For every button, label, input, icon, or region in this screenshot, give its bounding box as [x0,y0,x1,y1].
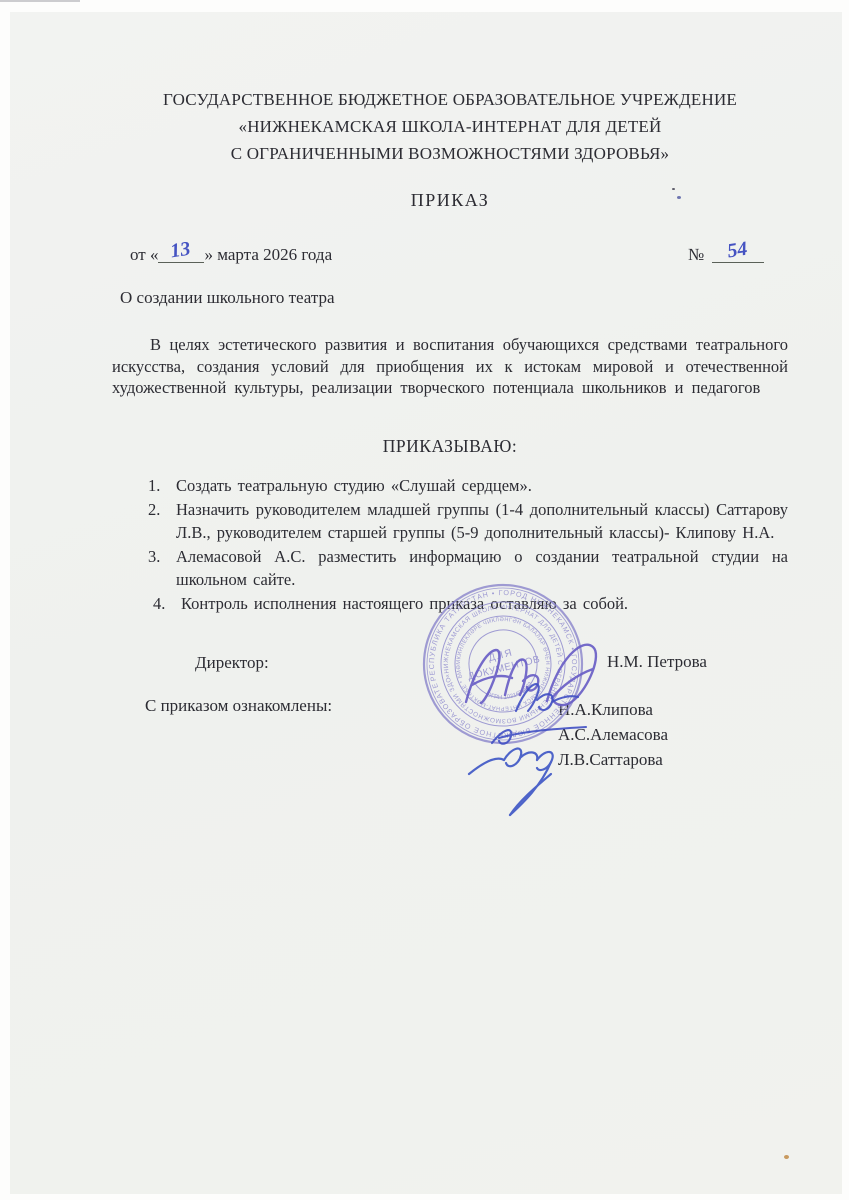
order-item-4: 4. Контроль исполнения настоящего приказ… [148,592,788,616]
item-text: Алемасовой А.С. разместить информацию о … [176,545,788,592]
item-text: Создать театральную студию «Слушай сердц… [176,474,788,498]
date-prefix: от « [130,245,158,264]
document-title: ПРИКАЗ [110,190,790,211]
date-line: от «13» марта 2026 года [130,243,332,265]
acknowledged-name-klipova: Н.А.Клипова [558,697,668,722]
date-number-row: от «13» марта 2026 года №54 [0,243,849,273]
acknowledged-name-sattarova: Л.В.Саттарова [558,747,668,772]
acknowledged-name-alemasova: А.С.Алемасова [558,722,668,747]
director-label: Директор: [195,653,269,673]
scanned-order-document: ГОСУДАРСТВЕННОЕ БЮДЖЕТНОЕ ОБРАЗОВАТЕЛЬНО… [0,0,849,1200]
order-item-3: 3. Алемасовой А.С. разместить информацию… [148,545,788,592]
scan-edge-artifact [0,0,80,2]
item-number: 2. [148,498,176,545]
order-subject: О создании школьного театра [120,288,335,308]
resolution-heading: ПРИКАЗЫВАЮ: [110,436,790,457]
acknowledged-label: С приказом ознакомлены: [145,696,332,716]
order-items-list: 1. Создать театральную студию «Слушай се… [148,474,788,615]
date-suffix: » марта 2026 года [204,245,332,264]
order-number-line: №54 [688,243,764,265]
organization-name-line3: С ОГРАНИЧЕННЫМИ ВОЗМОЖНОСТЯМИ ЗДОРОВЬЯ» [110,140,790,167]
handwritten-day: 13 [169,238,192,264]
item-text: Контроль исполнения настоящего приказа о… [181,592,788,616]
organization-name-line1: ГОСУДАРСТВЕННОЕ БЮДЖЕТНОЕ ОБРАЗОВАТЕЛЬНО… [110,86,790,113]
item-number: 3. [148,545,176,592]
date-day-blank: 13 [158,243,204,263]
handwritten-order-number: 54 [726,238,749,264]
order-item-2: 2. Назначить руководителем младшей групп… [148,498,788,545]
order-preamble: В целях эстетического развития и воспита… [112,334,788,399]
scan-speck [677,196,681,199]
organization-header: ГОСУДАРСТВЕННОЕ БЮДЖЕТНОЕ ОБРАЗОВАТЕЛЬНО… [110,86,790,167]
scan-speck [784,1155,789,1159]
order-number-blank: 54 [712,243,764,263]
item-text: Назначить руководителем младшей группы (… [176,498,788,545]
number-sign: № [688,245,704,264]
organization-name-line2: «НИЖНЕКАМСКАЯ ШКОЛА-ИНТЕРНАТ ДЛЯ ДЕТЕЙ [110,113,790,140]
item-number: 4. [148,592,181,616]
order-item-1: 1. Создать театральную студию «Слушай се… [148,474,788,498]
scan-speck [672,188,675,190]
item-number: 1. [148,474,176,498]
director-name: Н.М. Петрова [607,652,707,672]
acknowledged-names: Н.А.Клипова А.С.Алемасова Л.В.Саттарова [558,697,668,772]
